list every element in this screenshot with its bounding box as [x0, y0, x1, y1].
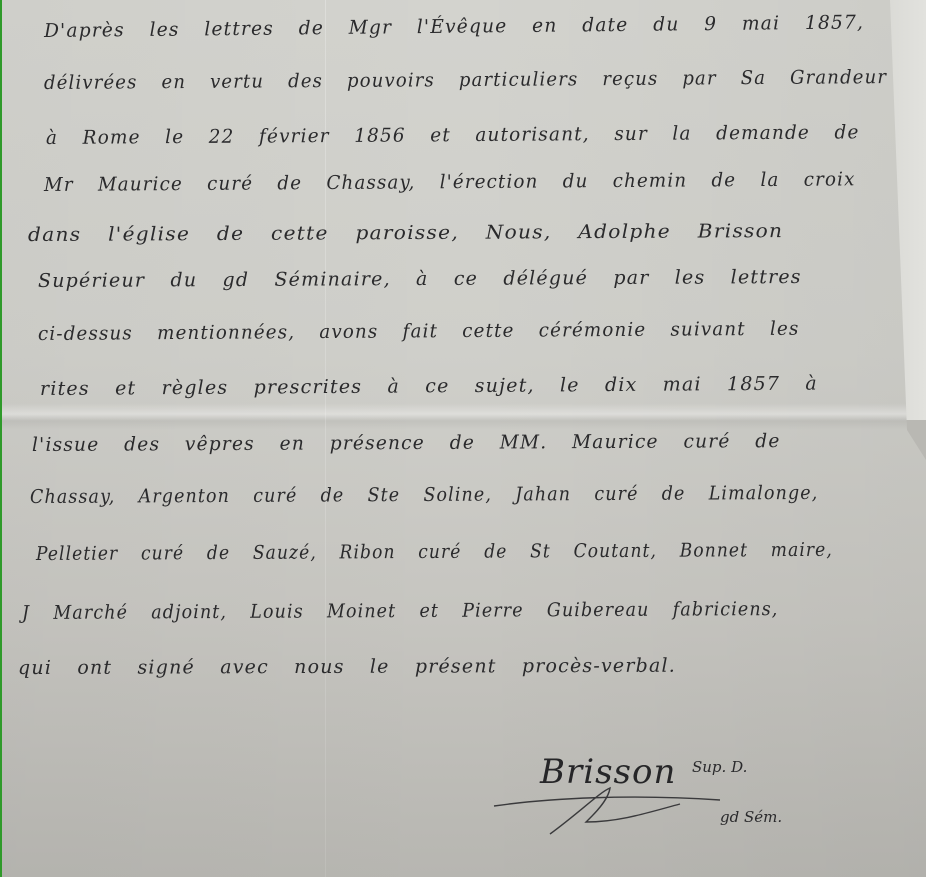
text-line-13: qui ont signé avec nous le présent procè… [18, 655, 676, 679]
text-line-12: J Marché adjoint, Louis Moinet et Pierre… [22, 598, 779, 624]
text-line-11: Pelletier curé de Sauzé, Ribon curé de S… [36, 539, 833, 565]
text-line-2: délivrées en vertu des pouvoirs particul… [44, 66, 887, 94]
text-line-5: dans l'église de cette paroisse, Nous, A… [28, 220, 783, 246]
text-line-8: rites et règles prescrites à ce sujet, l… [40, 373, 818, 400]
text-line-4: Mr Maurice curé de Chassay, l'érection d… [44, 168, 856, 196]
signature-title-line-1: Sup. D. [692, 758, 747, 776]
text-line-9: l'issue des vêpres en présence de MM. Ma… [32, 430, 781, 456]
signature-flourish-icon [490, 782, 770, 842]
text-line-1: D'après les lettres de Mgr l'Évêque en d… [44, 11, 864, 42]
text-line-10: Chassay, Argenton curé de Ste Soline, Ja… [30, 482, 818, 508]
signature-block: Brisson Sup. D. gd Sém. [540, 738, 800, 848]
text-line-3: à Rome le 22 février 1856 et autorisant,… [46, 121, 860, 149]
text-line-6: Supérieur du gd Séminaire, à ce délégué … [38, 266, 802, 292]
text-line-7: ci-dessus mentionnées, avons fait cette … [38, 318, 800, 345]
handwritten-text: D'après les lettres de Mgr l'Évêque en d… [0, 0, 926, 877]
